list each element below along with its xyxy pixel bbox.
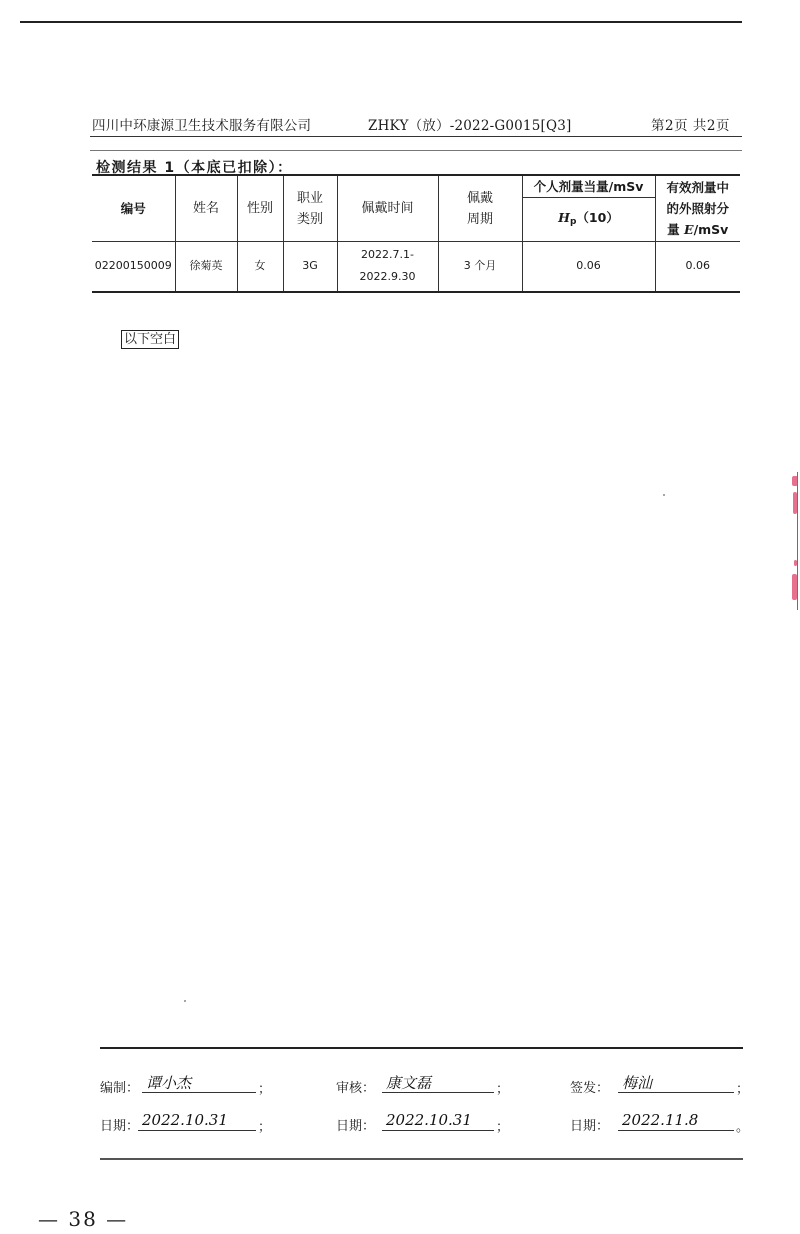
prepared-date-label: 日期： (100, 1115, 139, 1134)
header-period-line1: 佩戴 (439, 188, 522, 209)
header-period-line2: 周期 (439, 209, 522, 230)
header-hp10: Hp（10） (522, 198, 655, 242)
seal-paper-edge (797, 472, 798, 610)
cell-hp10: 0.06 (522, 242, 655, 292)
cell-wear-time-start: 2022.7.1- (338, 244, 438, 266)
cell-period: 3 个月 (438, 242, 522, 292)
seal-stamp-mark (794, 560, 797, 566)
cell-effective-dose: 0.06 (655, 242, 740, 292)
reviewed-by-block: 审核： 康文磊 ； (336, 1073, 506, 1097)
cell-wear-time: 2022.7.1- 2022.9.30 (337, 242, 438, 292)
scan-speck (184, 1000, 186, 1002)
approved-label: 签发： (570, 1077, 609, 1096)
results-table: 编号 姓名 性别 职业 类别 佩戴时间 佩戴 周期 个人剂量当量/mSv 有效剂… (92, 174, 740, 293)
end-mark: 。 (736, 1116, 749, 1135)
separator: ； (496, 1116, 509, 1135)
signature-section-top-rule (100, 1047, 743, 1049)
header-id: 编号 (92, 175, 175, 242)
top-rule (20, 21, 742, 23)
approved-date: 2022.11.8 (618, 1111, 734, 1131)
table-header-row: 编号 姓名 性别 职业 类别 佩戴时间 佩戴 周期 个人剂量当量/mSv 有效剂… (92, 175, 740, 198)
reviewed-date-block: 日期： 2022.10.31 ； (336, 1111, 506, 1135)
approved-by-block: 签发： 梅汕 ； (570, 1073, 750, 1097)
seal-stamp-mark (792, 574, 797, 600)
reviewed-signature: 康文磊 (382, 1073, 494, 1093)
signature-row: 编制： 谭小杰 ； 审核： 康文磊 ； 签发： 梅汕 ； (100, 1073, 750, 1097)
page-header: 四川中环康源卫生技术服务有限公司 ZHKY（放）-2022-G0015[Q3] … (92, 114, 740, 134)
cell-name: 徐菊英 (175, 242, 237, 292)
header-occupation: 职业 类别 (283, 175, 337, 242)
date-row: 日期： 2022.10.31 ； 日期： 2022.10.31 ； 日期： 20… (100, 1111, 750, 1135)
approved-signature: 梅汕 (618, 1073, 734, 1093)
table-row: 02200150009 徐菊英 女 3G 2022.7.1- 2022.9.30… (92, 242, 740, 292)
separator: ； (496, 1078, 509, 1097)
prepared-date: 2022.10.31 (138, 1111, 256, 1131)
seal-stamp-mark (792, 476, 798, 486)
header-name: 姓名 (175, 175, 237, 242)
prepared-by-block: 编制： 谭小杰 ； (100, 1073, 270, 1097)
separator: ； (258, 1116, 271, 1135)
header-occupation-line1: 职业 (284, 188, 337, 209)
reviewed-date: 2022.10.31 (382, 1111, 494, 1131)
scan-speck (663, 494, 665, 496)
header-effective-line2: 的外照射分 (656, 198, 741, 219)
document-number: ZHKY（放）-2022-G0015[Q3] (368, 114, 572, 134)
cell-id: 02200150009 (92, 242, 175, 292)
header-gender: 性别 (237, 175, 283, 242)
separator: ； (736, 1078, 749, 1097)
page-info: 第2页 共2页 (651, 114, 730, 134)
blank-below-note: 以下空白 (121, 330, 179, 349)
header-effective-dose: 有效剂量中 的外照射分 量 E/mSv (655, 175, 740, 242)
header-rule (90, 136, 742, 137)
header-effective-line1: 有效剂量中 (656, 177, 741, 198)
prepared-signature: 谭小杰 (142, 1073, 256, 1093)
cell-wear-time-end: 2022.9.30 (338, 266, 438, 288)
reviewed-date-label: 日期： (336, 1115, 375, 1134)
header-period: 佩戴 周期 (438, 175, 522, 242)
company-name: 四川中环康源卫生技术服务有限公司 (92, 114, 311, 134)
signature-section-bottom-rule (100, 1158, 743, 1160)
cell-gender: 女 (237, 242, 283, 292)
header-wear-time: 佩戴时间 (337, 175, 438, 242)
reviewed-label: 审核： (336, 1077, 375, 1096)
header-effective-line3: 量 E/mSv (656, 219, 741, 240)
page-number: — 38 — (38, 1207, 128, 1231)
header-occupation-line2: 类别 (284, 209, 337, 230)
approved-date-block: 日期： 2022.11.8 。 (570, 1111, 750, 1135)
approved-date-label: 日期： (570, 1115, 609, 1134)
cell-occupation: 3G (283, 242, 337, 292)
separator: ； (258, 1078, 271, 1097)
prepared-date-block: 日期： 2022.10.31 ； (100, 1111, 270, 1135)
prepared-label: 编制： (100, 1077, 139, 1096)
header-personal-dose: 个人剂量当量/mSv (522, 175, 655, 198)
header-rule-secondary (90, 150, 742, 151)
seal-stamp-mark (793, 492, 797, 514)
